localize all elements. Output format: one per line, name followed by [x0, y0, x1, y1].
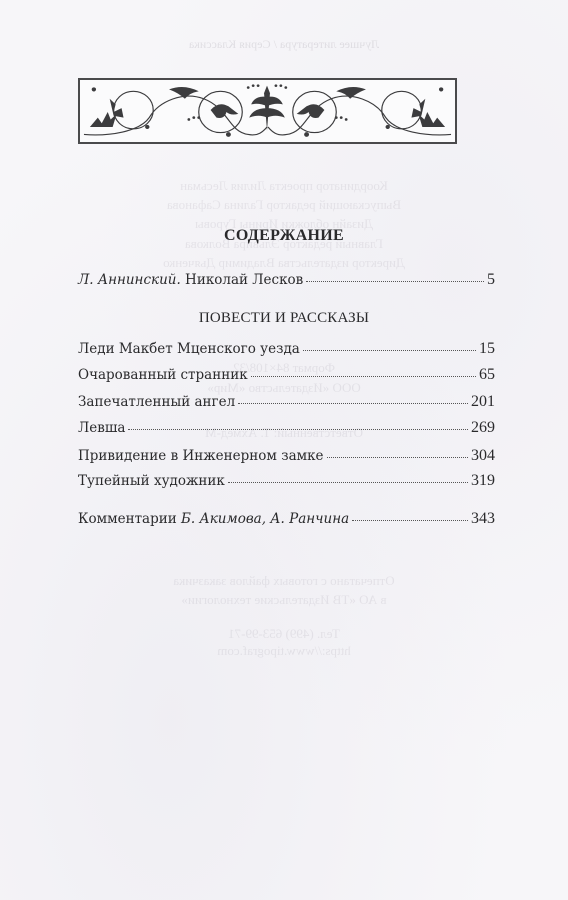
toc-entry-title: Привидение в Инженерном замке	[78, 447, 324, 465]
book-page: Лучшее литература / Серия Классика Коорд…	[0, 0, 568, 900]
toc-entry-title: Леди Макбет Мценского уезда	[78, 340, 300, 358]
dot-leader	[128, 429, 468, 430]
toc-entry-commentary: Комментарии Б. Акимова, А. Ранчина 343	[78, 510, 495, 528]
bleed-through-line: Выпускающий редактор Галина Сафанова	[0, 197, 568, 213]
page-number: 343	[471, 510, 495, 528]
ornament-icon	[80, 80, 455, 142]
bleed-through-line: в АО «ТВ Издательские технологии»	[0, 592, 568, 608]
toc-entry-title: Левша	[78, 419, 125, 437]
toc-heading: СОДЕРЖАНИЕ	[0, 227, 568, 245]
page-number: 319	[471, 472, 495, 490]
page-number: 304	[471, 447, 495, 465]
dot-leader	[251, 376, 476, 377]
commentary-label: Комментарии	[78, 511, 177, 527]
page-number: 65	[479, 366, 495, 384]
commentary-authors: Б. Акимова, А. Ранчина	[181, 511, 349, 527]
dot-leader	[352, 520, 468, 521]
running-head-bleed-through: Лучшее литература / Серия Классика	[0, 37, 568, 52]
dot-leader	[327, 457, 468, 458]
toc-entry-title: Запечатленный ангел	[78, 393, 235, 411]
page-number: 15	[479, 340, 495, 358]
toc-entry: Привидение в Инженерном замке 304	[78, 447, 495, 465]
bleed-through-line: Тел. (499) 653-99-71	[0, 626, 568, 642]
toc-entry: Запечатленный ангел 201	[78, 393, 495, 411]
dot-leader	[306, 281, 484, 282]
intro-title: Николай Лесков	[185, 272, 303, 288]
toc-entry: Тупейный художник 319	[78, 472, 495, 490]
dot-leader	[238, 403, 468, 404]
page-number: 5	[487, 271, 495, 289]
toc-entry: Левша 269	[78, 419, 495, 437]
section-heading: ПОВЕСТИ И РАССКАЗЫ	[0, 310, 568, 327]
toc-entry-title: Очарованный странник	[78, 366, 248, 384]
bleed-through-line: https://www.tipograf.com	[0, 643, 568, 659]
toc-entry: Очарованный странник 65	[78, 366, 495, 384]
toc-entry-intro: Л. Аннинский. Николай Лесков 5	[78, 271, 495, 289]
floral-ornament-band	[78, 78, 457, 144]
bleed-through-line: Директор издательства Владимир Дьяченко	[0, 255, 568, 271]
page-number: 269	[471, 419, 495, 437]
page-number: 201	[471, 393, 495, 411]
toc-entry-title: Л. Аннинский. Николай Лесков	[78, 271, 303, 289]
bleed-through-line: Отпечатано с готовых файлов заказчика	[0, 573, 568, 589]
intro-author: Л. Аннинский.	[78, 272, 181, 288]
dot-leader	[303, 350, 476, 351]
toc-entry-title: Комментарии Б. Акимова, А. Ранчина	[78, 510, 349, 528]
toc-entry-title: Тупейный художник	[78, 472, 225, 490]
dot-leader	[228, 482, 468, 483]
toc-entry: Леди Макбет Мценского уезда 15	[78, 340, 495, 358]
bleed-through-line: Координатор проекта Лилия Лесьман	[0, 178, 568, 194]
